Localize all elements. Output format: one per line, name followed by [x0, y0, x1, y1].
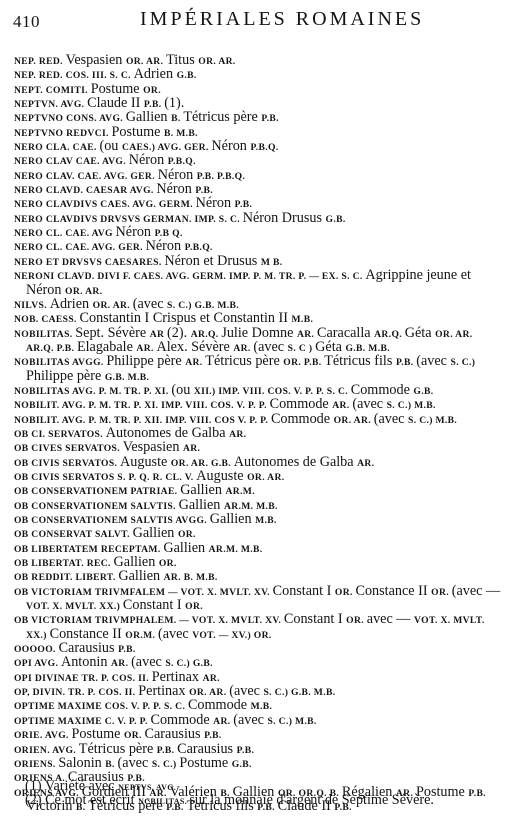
legend-entry: OB LIBERTAT. REC. Gallien OR. [14, 556, 502, 570]
legend-text: OB CONSERVATIONEM PATRIAE. [14, 486, 180, 497]
legend-text: OR. P.B. [283, 357, 324, 368]
legend-text: OR. AR. [65, 286, 102, 297]
legend-text: OB VICTORIAM TRIVMPHALEM. — VOT. X. MVLT… [14, 615, 284, 626]
legend-entry: NEPTVNO REDVCI. Postume B. M.B. [14, 126, 502, 140]
legend-text: NCBILITAS. [138, 797, 189, 806]
legend-text: VOT. X. MVLT. XX.) [26, 601, 123, 612]
legend-entry: OB VICTORIAM TRIVMPHALEM. — VOT. X. MVLT… [14, 613, 502, 642]
name-text: (ou [99, 138, 121, 154]
legend-text: B. [171, 113, 183, 124]
legend-text: P.B Q. [155, 228, 183, 239]
name-text: Néron et Drusus [164, 253, 261, 269]
legend-entry: OPI AVG. Antonin AR. (avec S. C.) G.B. [14, 656, 502, 670]
legend-text: OB CIVIS SERVATOS S. P. Q. R. CL. V. [14, 472, 196, 483]
legend-text: P.B. [204, 730, 222, 741]
legend-text: G.B. [232, 759, 252, 770]
legend-text: OPI AVG. [14, 658, 61, 669]
legend-text: S. C.) G.B. M.B. [263, 687, 335, 698]
name-text: Auguste [120, 454, 171, 470]
legend-entry: NOBILITAS AVG. P. M. TR. P. XI. (ou XII.… [14, 384, 502, 398]
legend-text: NOBILIT. AVG. P. M. TR. P. XI. IMP. VIII… [14, 400, 270, 411]
name-text: Constant I [273, 583, 335, 599]
page-header: 410 IMPÉRIALES ROMAINES [13, 8, 493, 32]
legend-text: P.B. [235, 199, 253, 210]
legend-text: M.B. [255, 515, 277, 526]
name-text: Commode [271, 411, 334, 427]
legend-text: OR. AR. [126, 56, 166, 67]
legend-text: NERO CLA. CAE. [14, 142, 99, 153]
legend-entry: NERONI CLAVD. DIVI F. CAES. AVG. GERM. I… [14, 269, 502, 298]
legend-text: OR. AR. [93, 300, 133, 311]
legend-text: AR. [297, 329, 317, 340]
legend-entry: NERO CLAV CAE. AVG. Néron P.B.Q. [14, 154, 502, 168]
name-text: (avec — [452, 583, 500, 599]
legend-text: P.B. [396, 357, 416, 368]
legend-text: OR. [159, 558, 177, 569]
legend-text: NEPT. COMITI. [14, 85, 91, 96]
legend-text: P.B.Q. [185, 242, 213, 253]
legend-text: ORIE. AVG. [14, 730, 72, 741]
name-text: (avec [416, 353, 450, 369]
name-text: Néron [196, 195, 235, 211]
name-text: Néron Drusus [243, 210, 326, 226]
name-text: Gallien [118, 568, 163, 584]
name-text: (avec [233, 712, 267, 728]
legend-text: NERO CLAVD. CAESAR AVG. [14, 185, 156, 196]
legend-text: P.B. [195, 185, 213, 196]
legend-text: P.B. [237, 745, 255, 756]
legend-text: OB LIBERTAT. REC. [14, 558, 114, 569]
legend-text: NOBILITAS. [14, 329, 75, 340]
name-text: (avec [374, 411, 408, 427]
legend-text: NERO CLAVDIVS DRVSVS GERMAN. IMP. S. C. [14, 214, 243, 225]
name-text: Tétricus fils [324, 353, 396, 369]
legend-text: M.B. [292, 314, 314, 325]
legend-text: NERO CL. CAE. AVG. GER. [14, 242, 146, 253]
legend-entry: OB CONSERVAT SALVT. Gallien OR. [14, 527, 502, 541]
name-text: Philippe père [26, 368, 105, 384]
footnotes: (1) Variété avec NEPTVS. AVG.(2) Ce mot … [25, 780, 495, 808]
legend-entry: OB LIBERTATEM RECEPTAM. Gallien AR.M. M.… [14, 542, 502, 556]
legend-text: M.B. [251, 701, 273, 712]
legend-text: OB CIVIS SERVATOS. [14, 458, 120, 469]
legend-text: CAES.) AVG. GER. [122, 142, 211, 153]
legend-text: OOOOO. [14, 644, 59, 655]
legend-text: AR [150, 329, 167, 340]
legend-text: OR. AR. [334, 415, 374, 426]
legend-text: NOBILITAS AVG. P. M. TR. P. XI. [14, 386, 171, 397]
legend-text: P.B. [261, 113, 279, 124]
legend-text: OPTIME MAXIME C. V. P. P. [14, 716, 151, 727]
legend-text: NEPTVS. AVG. [118, 783, 176, 792]
legend-text: AR.M. M.B. [224, 501, 278, 512]
legend-entry: OP, DIVIN. TR. P. COS. II. Pertinax OR. … [14, 685, 502, 699]
name-text: sur la monnaie d'argent de Septime Sévèr… [189, 792, 434, 808]
legend-text: AR.Q. [374, 329, 405, 340]
legend-entry: NOBILIT. AVG. P. M. TR. P. XI. IMP. VIII… [14, 398, 502, 412]
legend-entry: OB CONSERVATIONEM SALVTIS. Gallien AR.M.… [14, 499, 502, 513]
legend-text: AR. [136, 343, 156, 354]
legend-text: OB CIVES SERVATOS. [14, 443, 123, 454]
legend-text: P.B. [157, 745, 177, 756]
name-text: (2) Ce mot est écrit [25, 792, 138, 808]
legend-text: OB CONSERVATIONEM SALVTIS. [14, 501, 179, 512]
legend-text: OB CONSERVAT SALVT. [14, 529, 133, 540]
legend-text: OB VICTORIAM TRIVMFALEM — VOT. X. MVLT. … [14, 587, 273, 598]
legend-entry: NERO CLAVD. CAESAR AVG. Néron P.B. [14, 183, 502, 197]
legend-entry-list: NEP. RED. Vespasien OR. AR. Titus OR. AR… [14, 54, 502, 814]
legend-entry: OB CIVIS SERVATOS. Auguste OR. AR. G.B. … [14, 456, 502, 470]
legend-text: AR. [111, 658, 131, 669]
name-text: Néron [156, 181, 195, 197]
name-text: Constant I [284, 611, 346, 627]
legend-text: S. C.) M.B. [387, 400, 436, 411]
legend-text: AR. [332, 400, 352, 411]
legend-text: NOB. CAESS. [14, 314, 80, 325]
legend-text: NEPTVNO CONS. AVG. [14, 113, 126, 124]
legend-text: NERO CLAV. CAE. AVG. GER. [14, 171, 158, 182]
legend-entry: NOBILIT. AVG. P. M. TR. P. XII. IMP. VII… [14, 413, 502, 427]
legend-text: AR. [203, 673, 220, 684]
name-text: Gallien [163, 540, 208, 556]
name-text: Antonin [61, 654, 111, 670]
legend-text: OB CI. SERVATOS. [14, 429, 106, 440]
legend-text: ORIENS. [14, 759, 58, 770]
name-text: (avec [158, 626, 192, 642]
name-text: Philippe père [106, 353, 185, 369]
legend-text: S. C.) G.B. [165, 658, 213, 669]
legend-entry: NERO CLAVDIVS DRVSVS GERMAN. IMP. S. C. … [14, 212, 502, 226]
legend-text: AR. [185, 357, 205, 368]
name-text: Tétricus père [183, 109, 261, 125]
legend-text: B. [105, 759, 117, 770]
legend-text: OR. [185, 601, 203, 612]
legend-entry: OB CIVIS SERVATOS S. P. Q. R. CL. V. Aug… [14, 470, 502, 484]
name-text: Géta [405, 325, 435, 341]
legend-text: S. C.) M.B. [268, 716, 317, 727]
legend-entry: OB CONSERVATIONEM SALVTIS AVGG. Gallien … [14, 513, 502, 527]
legend-text: NILVS. [14, 300, 50, 311]
legend-text: OPTIME MAXIME COS. V. P. P. S. C. [14, 701, 188, 712]
legend-text: NOBILITAS AVGG. [14, 357, 106, 368]
name-text: Vespasien [66, 52, 126, 68]
legend-entry: NEPTVNO CONS. AVG. Gallien B. Tétricus p… [14, 111, 502, 125]
name-text: Autonomes de Galba [234, 454, 357, 470]
legend-text: OR. AR. [189, 687, 229, 698]
legend-text: NERO CLAVDIVS CAES. AVG. GERM. [14, 199, 196, 210]
legend-text: OR.M. [125, 630, 158, 641]
legend-text: AR.M. M.B. [209, 544, 263, 555]
legend-text: AR. [213, 716, 233, 727]
name-text: (ou [171, 382, 193, 398]
legend-text: P.B. [118, 644, 136, 655]
legend-text: AR. [357, 458, 374, 469]
legend-text: NERO CLAV CAE. AVG. [14, 156, 129, 167]
legend-entry: NERO CLAV. CAE. AVG. GER. Néron P.B. P.B… [14, 169, 502, 183]
legend-text: G.B. [413, 386, 433, 397]
legend-text: OR. AR. G.B. [171, 458, 234, 469]
legend-text: OR. [335, 587, 356, 598]
legend-text: P.B.Q. [168, 156, 196, 167]
book-page: 410 IMPÉRIALES ROMAINES NEP. RED. Vespas… [0, 0, 517, 817]
legend-text: G.B. [326, 214, 346, 225]
legend-text: OR. AR. [198, 56, 235, 67]
page-number: 410 [13, 12, 40, 32]
legend-entry: NERO CLA. CAE. (ou CAES.) AVG. GER. Néro… [14, 140, 502, 154]
name-text: Tétricus père [205, 353, 283, 369]
legend-text: AR. [233, 343, 253, 354]
legend-text: NEP. RED. COS. III. S. C. [14, 70, 134, 81]
legend-text: OR. [124, 730, 145, 741]
legend-text: NEP. RED. [14, 56, 66, 67]
legend-text: S. C.) [451, 357, 476, 368]
legend-text: OR. [143, 85, 161, 96]
footnote: (2) Ce mot est écrit NCBILITAS. sur la m… [25, 794, 495, 808]
legend-text: AR.Q. [191, 329, 222, 340]
legend-text: S. C.) G.B. M.B. [167, 300, 239, 311]
legend-text: NERO CL. CAE. AVG [14, 228, 116, 239]
legend-text: OR. [431, 587, 452, 598]
legend-text: VOT. — XV.) OR. [192, 630, 271, 641]
legend-entry: NEP. RED. COS. III. S. C. Adrien G.B. [14, 68, 502, 82]
legend-text: AR. [183, 443, 200, 454]
legend-entry: OB CI. SERVATOS. Autonomes de Galba AR. [14, 427, 502, 441]
legend-text: AR. [229, 429, 246, 440]
legend-entry: OB VICTORIAM TRIVMFALEM — VOT. X. MVLT. … [14, 585, 502, 614]
name-text: Gallien [210, 511, 255, 527]
legend-entry: OB CONSERVATIONEM PATRIAE. Gallien AR.M. [14, 484, 502, 498]
legend-text: B. M.B. [164, 128, 198, 139]
legend-entry: NOBILITAS. Sept. Sévère AR (2). AR.Q. Ju… [14, 327, 502, 356]
legend-text: AR. B. M.B. [164, 572, 218, 583]
name-text: avec — [367, 611, 414, 627]
legend-text: S. C ) [288, 343, 316, 354]
legend-entry: NEP. RED. Vespasien OR. AR. Titus OR. AR… [14, 54, 502, 68]
legend-text: S. C.) [152, 759, 180, 770]
legend-text: OB REDDIT. LIBERT. [14, 572, 118, 583]
legend-text: G.B. M.B. [346, 343, 390, 354]
legend-text: G.B. [177, 70, 197, 81]
legend-text: XII.) IMP. VIII. COS. V. P. P. S. C. [194, 386, 351, 397]
legend-text: NEPTVN. AVG. [14, 99, 87, 110]
legend-text: M B. [261, 257, 283, 268]
legend-entry: NOBILITAS AVGG. Philippe père AR. Tétric… [14, 355, 502, 384]
legend-text: OP, DIVIN. TR. P. COS. II. [14, 687, 138, 698]
name-text: Néron [211, 138, 250, 154]
legend-text: P.B.Q. [250, 142, 278, 153]
name-text: Constance II [356, 583, 432, 599]
running-title: IMPÉRIALES ROMAINES [140, 8, 424, 31]
name-text: Postume [179, 755, 231, 771]
legend-text: P.B. [144, 99, 164, 110]
legend-text: NOBILIT. AVG. P. M. TR. P. XII. IMP. VII… [14, 415, 271, 426]
legend-text: OR. AR. [247, 472, 284, 483]
legend-text: P.B. P.B.Q. [197, 171, 245, 182]
legend-text: OB LIBERTATEM RECEPTAM. [14, 544, 163, 555]
legend-text: OR. [178, 529, 196, 540]
legend-text: ORIEN. AVG. [14, 745, 79, 756]
legend-text: NERONI CLAVD. DIVI F. CAES. AVG. GERM. I… [14, 271, 365, 282]
legend-text: OR. [346, 615, 367, 626]
legend-text: S. C.) M.B. [408, 415, 457, 426]
name-text: Pertinax [138, 683, 189, 699]
legend-text: AR.M. [226, 486, 255, 497]
name-text: Constant I [123, 597, 185, 613]
legend-text: OPI DIVINAE TR. P. COS. II. [14, 673, 152, 684]
legend-text: G.B. M.B. [105, 372, 149, 383]
legend-entry: NERO CL. CAE. AVG Néron P.B Q. [14, 226, 502, 240]
legend-text: NERO ET DRVSVS CAESARES. [14, 257, 164, 268]
legend-text: NEPTVNO REDVCI. [14, 128, 112, 139]
legend-text: OB CONSERVATIONEM SALVTIS AVGG. [14, 515, 210, 526]
